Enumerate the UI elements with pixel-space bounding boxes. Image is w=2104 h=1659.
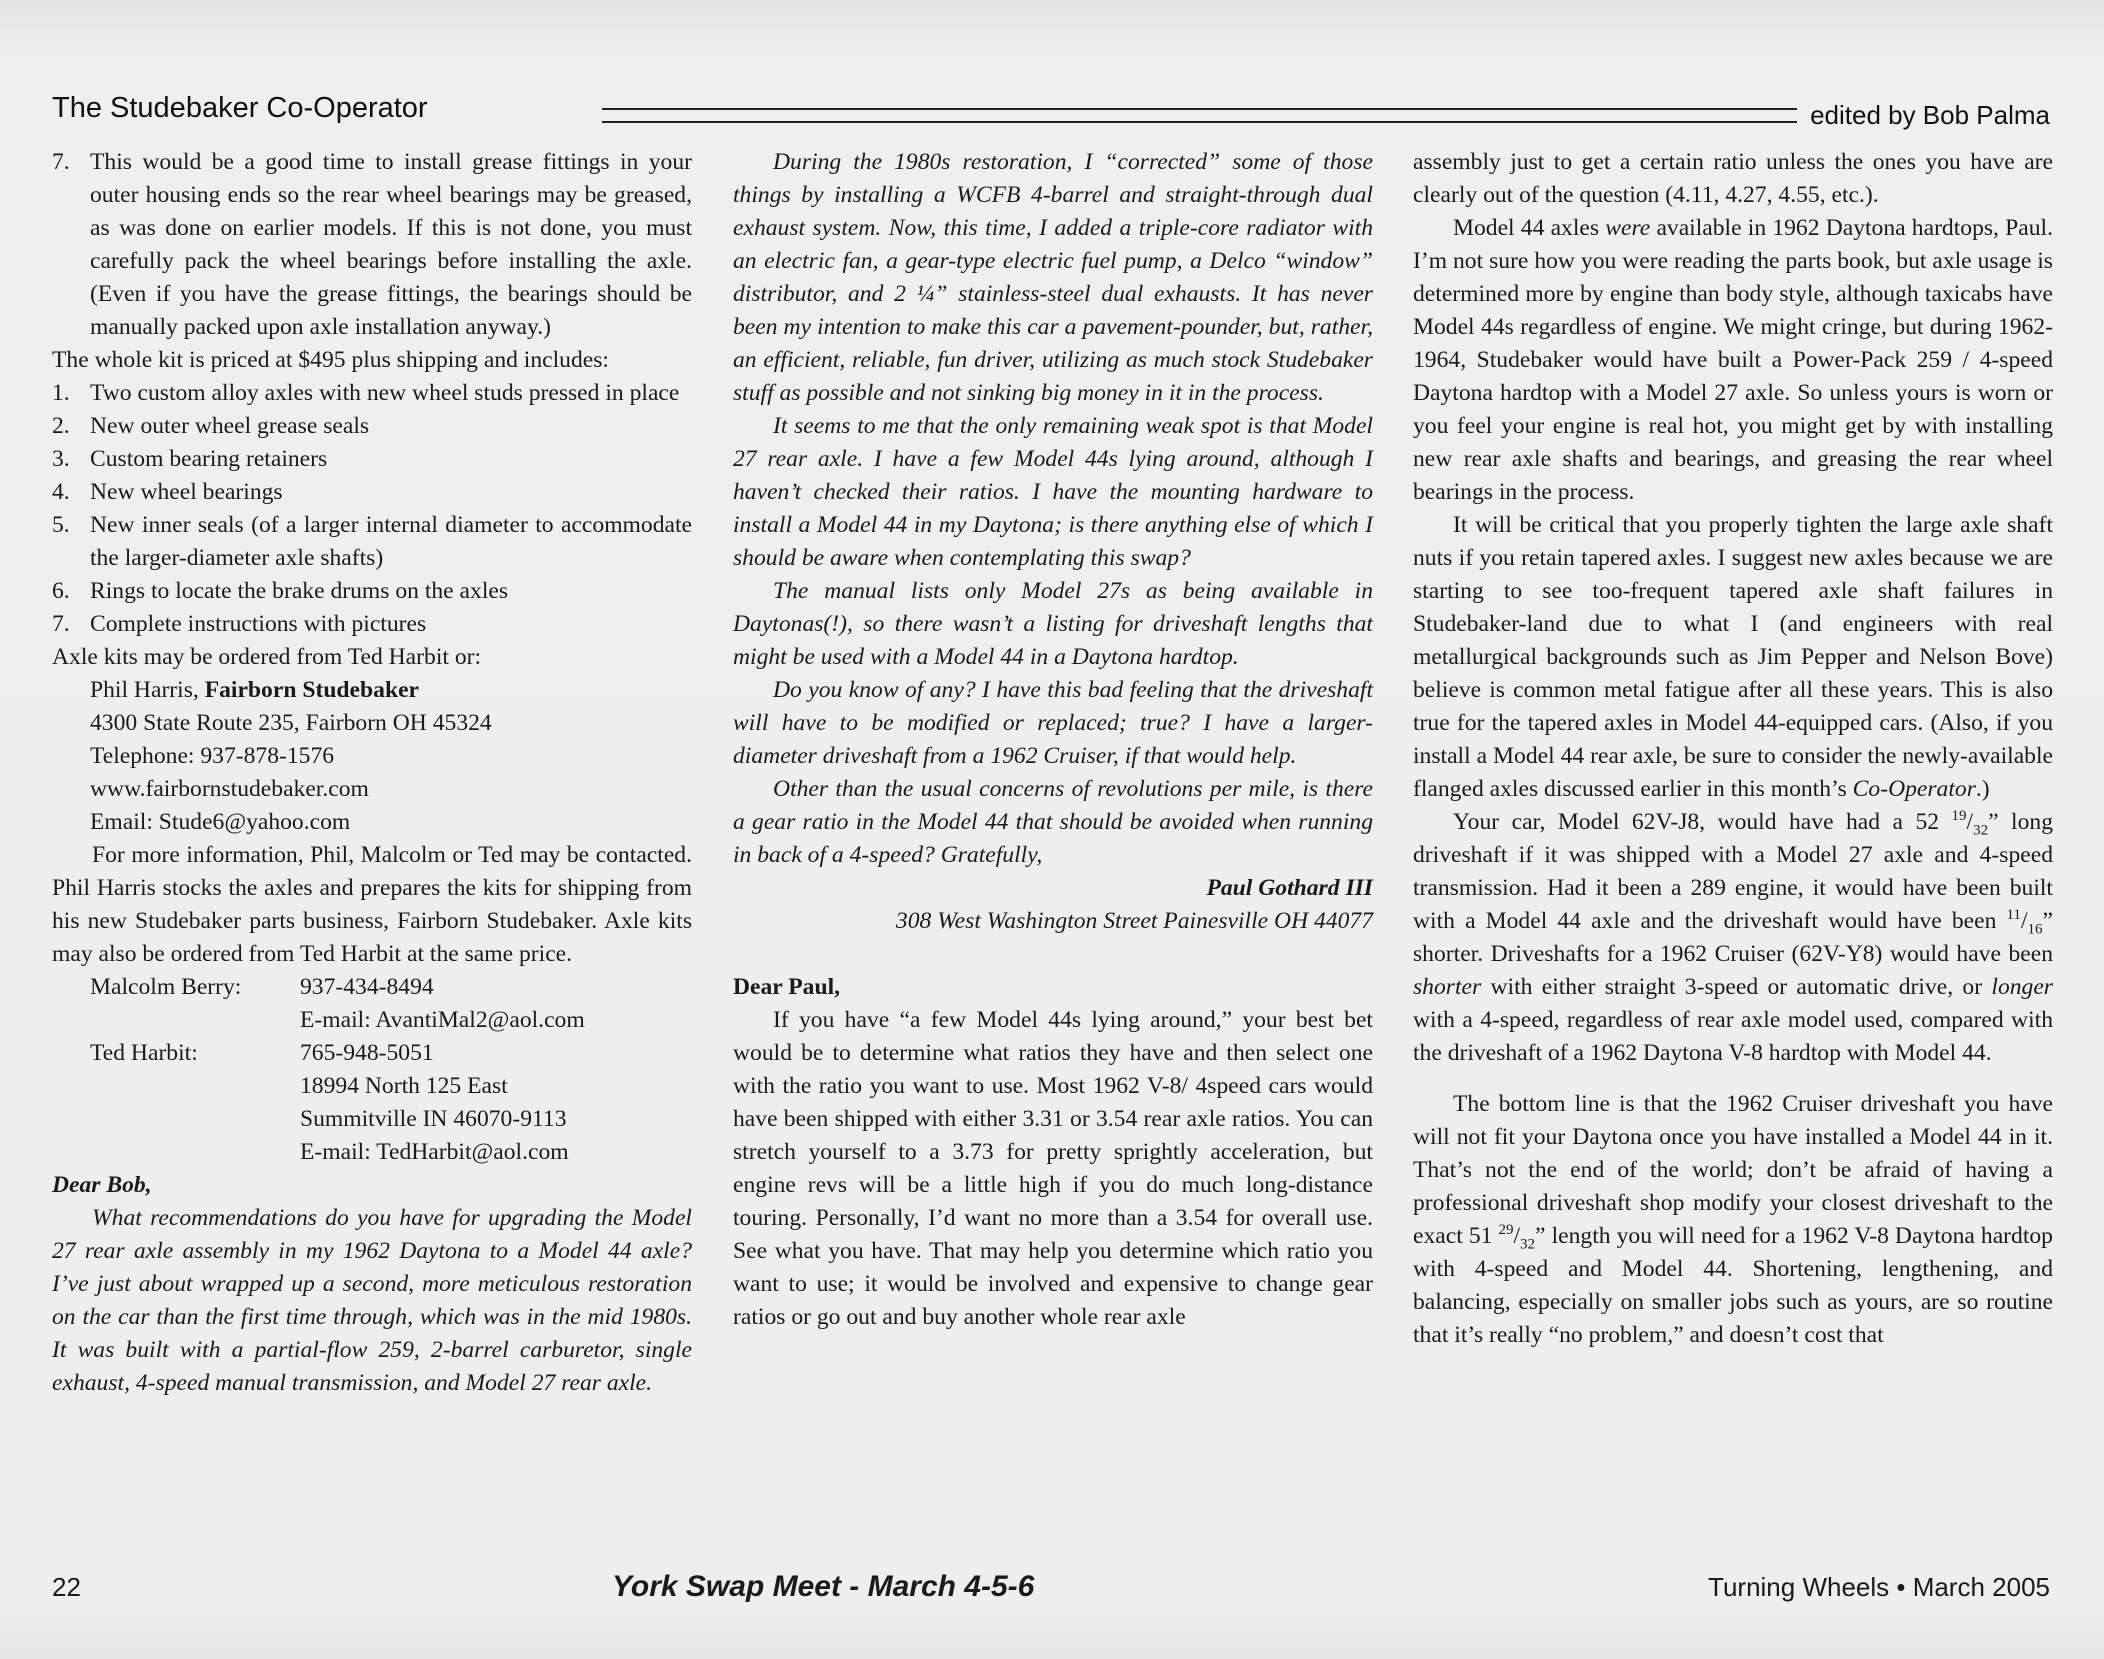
- publication-info: Turning Wheels • March 2005: [1708, 1572, 2050, 1603]
- phil-harris-contact: Phil Harris, Fairborn Studebaker 4300 St…: [52, 674, 692, 839]
- list-item: 6.Rings to locate the brake drums on the…: [52, 575, 692, 608]
- reply-paragraph: Your car, Model 62V-J8, would have had a…: [1413, 806, 2053, 1070]
- reply-salutation: Dear Paul,: [733, 971, 1373, 1004]
- list-item: 5.New inner seals (of a larger internal …: [52, 509, 692, 575]
- column-2: During the 1980s restoration, I “correct…: [733, 146, 1373, 1334]
- list-item: 4.New wheel bearings: [52, 476, 692, 509]
- page-header: The Studebaker Co-Operator edited by Bob…: [52, 92, 2050, 136]
- kit-intro: The whole kit is priced at $495 plus shi…: [52, 344, 692, 377]
- website-link: www.fairbornstudebaker.com: [90, 773, 692, 806]
- list-item: 3.Custom bearing retainers: [52, 443, 692, 476]
- address: 4300 State Route 235, Fairborn OH 45324: [90, 707, 692, 740]
- more-info-paragraph: For more information, Phil, Malcolm or T…: [52, 839, 692, 971]
- page-footer: 22 York Swap Meet - March 4-5-6 Turning …: [52, 1570, 2050, 1610]
- editor-credit: edited by Bob Palma: [1810, 100, 2050, 131]
- signature-name: Paul Gothard III: [733, 872, 1373, 905]
- letter-paragraph: During the 1980s restoration, I “correct…: [733, 146, 1373, 410]
- reply-paragraph: The bottom line is that the 1962 Cruiser…: [1413, 1088, 2053, 1352]
- list-item: 1.Two custom alloy axles with new wheel …: [52, 377, 692, 410]
- letter-salutation: Dear Bob,: [52, 1169, 692, 1202]
- kit-items-list: 1.Two custom alloy axles with new wheel …: [52, 377, 692, 641]
- letter-paragraph: What recommendations do you have for upg…: [52, 1202, 692, 1400]
- letter-paragraph: The manual lists only Model 27s as being…: [733, 575, 1373, 674]
- ted-contact: Ted Harbit: 765-948-505118994 North 125 …: [52, 1037, 692, 1169]
- reply-paragraph: Model 44 axles were available in 1962 Da…: [1413, 212, 2053, 509]
- header-double-rule: [602, 108, 1797, 123]
- business-name: Fairborn Studebaker: [205, 677, 419, 703]
- email: Email: Stude6@yahoo.com: [90, 806, 692, 839]
- order-intro: Axle kits may be ordered from Ted Harbit…: [52, 641, 692, 674]
- reply-paragraph: It will be critical that you properly ti…: [1413, 509, 2053, 806]
- column-3: assembly just to get a certain ratio unl…: [1413, 146, 2053, 1352]
- malcolm-contact: Malcolm Berry: 937-434-8494E-mail: Avant…: [52, 971, 692, 1037]
- page-number: 22: [52, 1572, 81, 1603]
- list-item: 7. This would be a good time to install …: [52, 146, 692, 344]
- phone: Telephone: 937-878-1576: [90, 740, 692, 773]
- reply-paragraph: assembly just to get a certain ratio unl…: [1413, 146, 2053, 212]
- reply-paragraph: If you have “a few Model 44s lying aroun…: [733, 1004, 1373, 1334]
- letter-paragraph: It seems to me that the only remaining w…: [733, 410, 1373, 575]
- column-title: The Studebaker Co-Operator: [52, 92, 428, 125]
- letter-paragraph: Do you know of any? I have this bad feel…: [733, 674, 1373, 773]
- letter-paragraph: Other than the usual concerns of revolut…: [733, 773, 1373, 872]
- signature-address: 308 West Washington Street Painesville O…: [733, 905, 1373, 938]
- list-item: 2.New outer wheel grease seals: [52, 410, 692, 443]
- column-1: 7. This would be a good time to install …: [52, 146, 692, 1400]
- event-banner: York Swap Meet - March 4-5-6: [612, 1570, 1034, 1604]
- list-item: 7.Complete instructions with pictures: [52, 608, 692, 641]
